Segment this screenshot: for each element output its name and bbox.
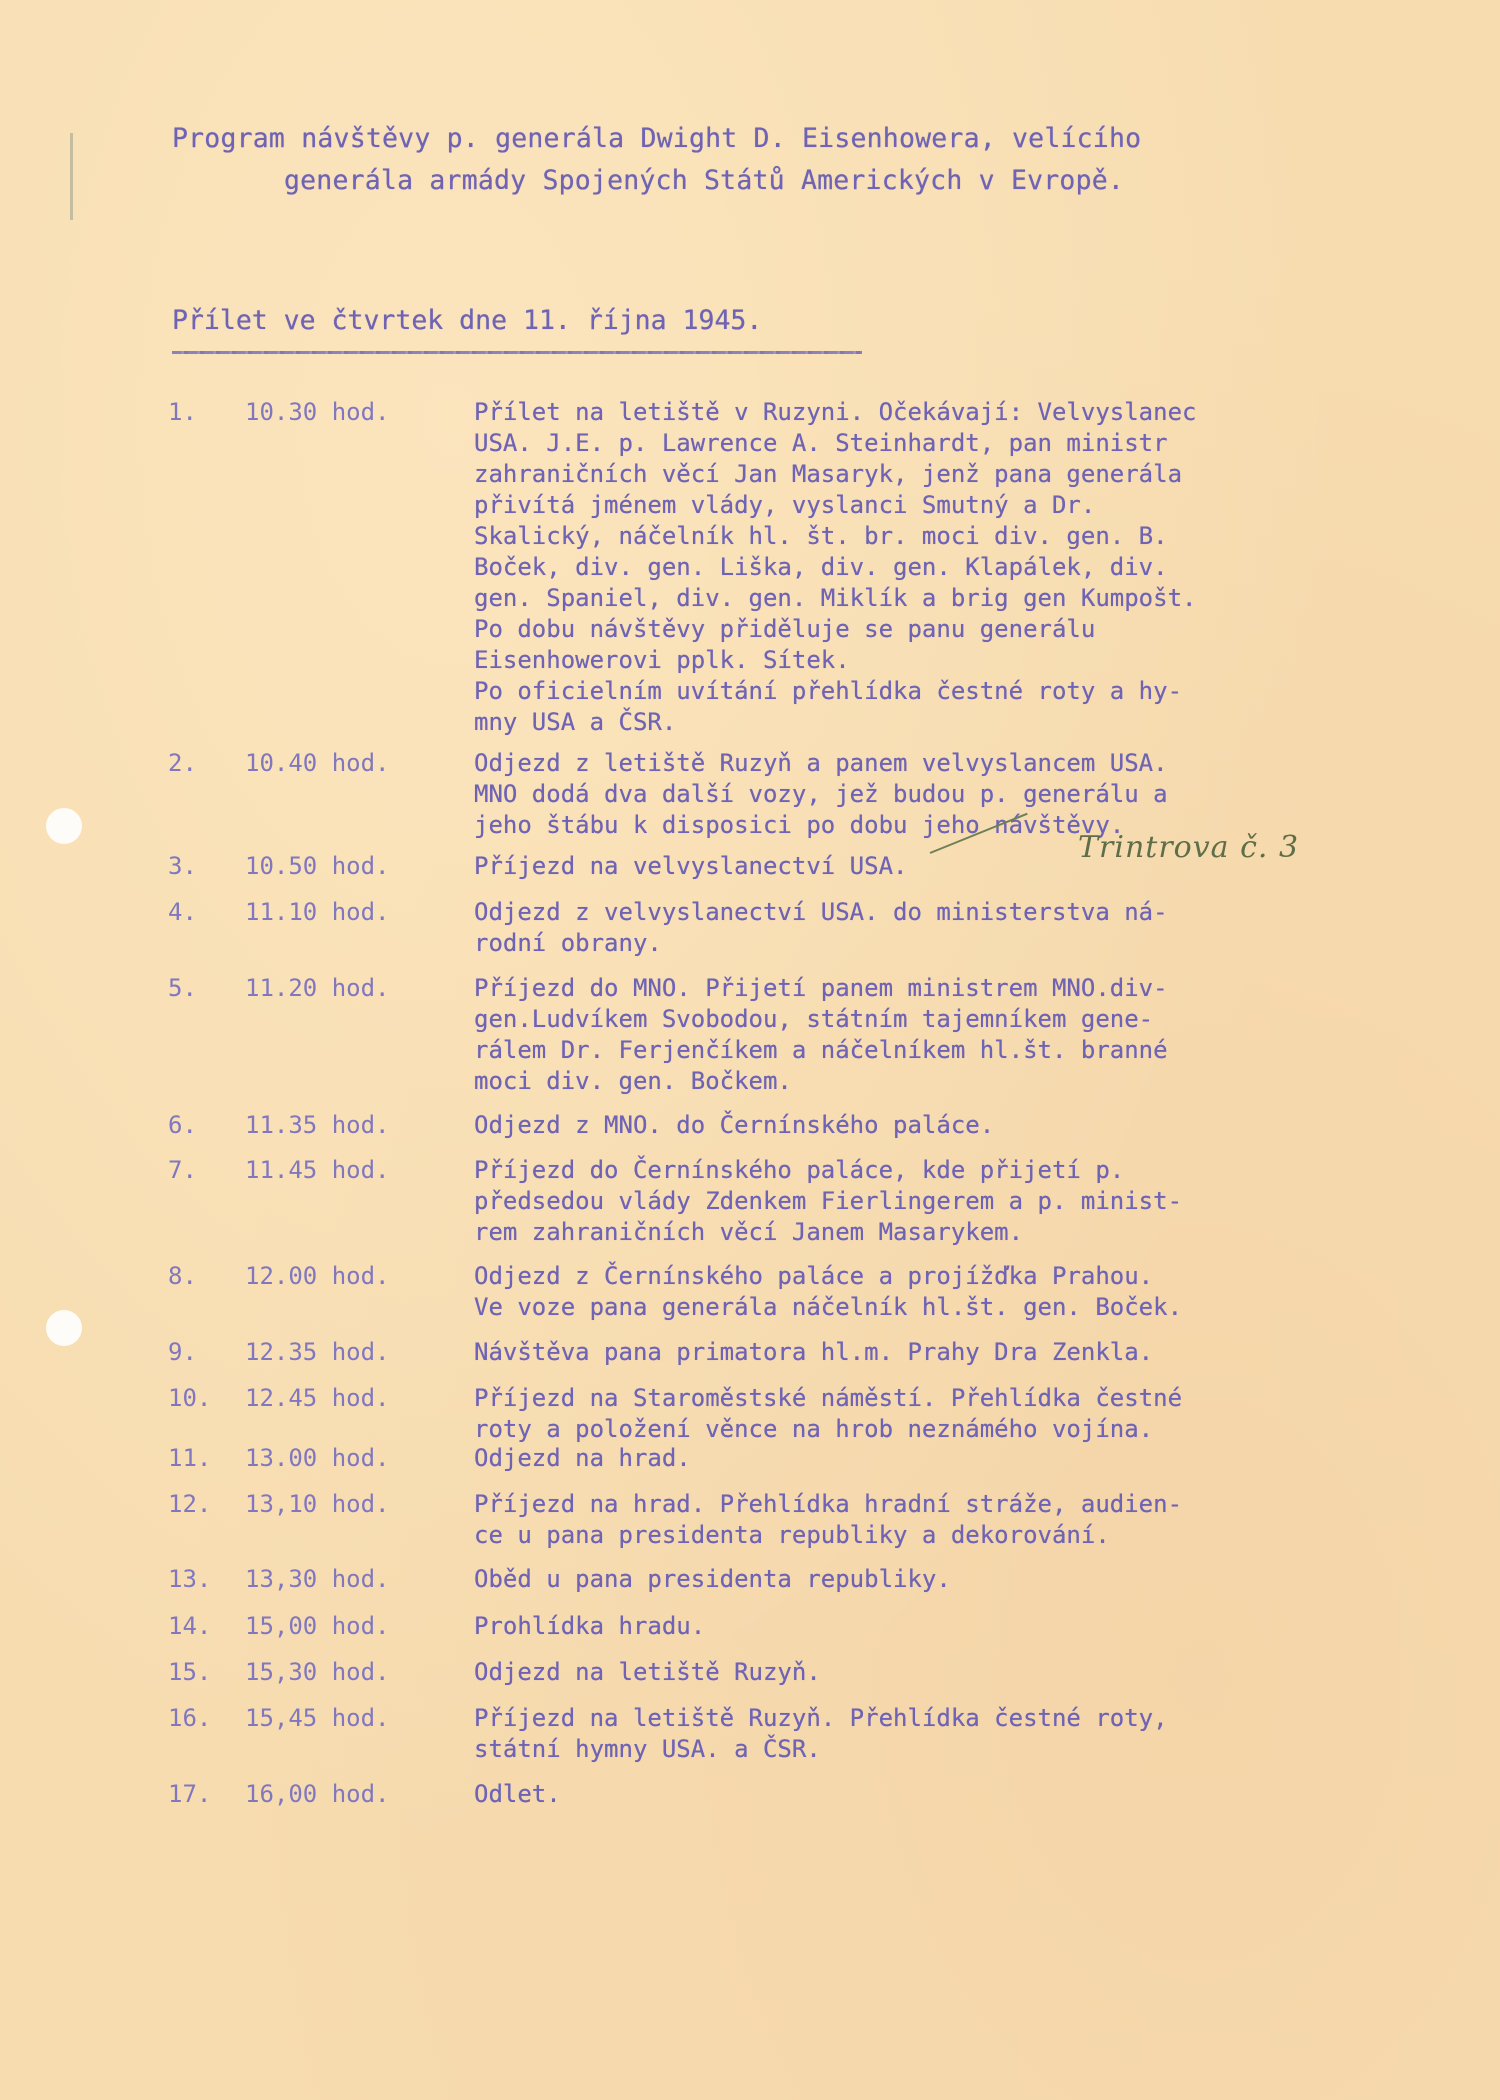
item-number: 9. xyxy=(168,1337,228,1368)
title-line-2: generála armády Spojených Států Americký… xyxy=(172,160,1372,202)
item-description: Příjezd na hrad. Přehlídka hradní stráže… xyxy=(474,1489,1414,1551)
item-time: 10.50 hod. xyxy=(245,851,455,882)
item-description: Příjezd do MNO. Přijetí panem ministrem … xyxy=(474,973,1414,1097)
item-time: 15,30 hod. xyxy=(245,1657,455,1688)
item-number: 10. xyxy=(168,1383,228,1414)
item-description: Příjezd na letiště Ruzyň. Přehlídka čest… xyxy=(474,1703,1414,1765)
heading-underline xyxy=(172,351,862,354)
item-time: 15,45 hod. xyxy=(245,1703,455,1734)
item-time: 15,00 hod. xyxy=(245,1611,455,1642)
item-number: 2. xyxy=(168,748,228,779)
item-time: 10.30 hod. xyxy=(245,397,455,428)
title-line-1: Program návštěvy p. generála Dwight D. E… xyxy=(172,123,1141,154)
item-description: Odjezd z Černínského paláce a projížďka … xyxy=(474,1261,1414,1323)
item-description: Odjezd na hrad. xyxy=(474,1443,1414,1474)
margin-mark xyxy=(70,133,73,220)
item-number: 12. xyxy=(168,1489,228,1520)
item-time: 11.45 hod. xyxy=(245,1155,455,1186)
item-description: Návštěva pana primatora hl.m. Prahy Dra … xyxy=(474,1337,1414,1368)
item-time: 11.20 hod. xyxy=(245,973,455,1004)
item-number: 11. xyxy=(168,1443,228,1474)
document-page: Program návštěvy p. generála Dwight D. E… xyxy=(0,0,1500,2100)
item-time: 16,00 hod. xyxy=(245,1779,455,1810)
item-number: 5. xyxy=(168,973,228,1004)
punch-hole xyxy=(46,1310,82,1346)
item-time: 11.10 hod. xyxy=(245,897,455,928)
item-number: 3. xyxy=(168,851,228,882)
item-number: 6. xyxy=(168,1110,228,1141)
item-description: Příjezd do Černínského paláce, kde přije… xyxy=(474,1155,1414,1248)
item-number: 15. xyxy=(168,1657,228,1688)
item-time: 11.35 hod. xyxy=(245,1110,455,1141)
item-description: Oběd u pana presidenta republiky. xyxy=(474,1564,1414,1595)
item-description: Prohlídka hradu. xyxy=(474,1611,1414,1642)
item-description: Odjezd z MNO. do Černínského paláce. xyxy=(474,1110,1414,1141)
handwritten-note: Trintrova č. 3 xyxy=(1078,830,1299,865)
item-number: 16. xyxy=(168,1703,228,1734)
item-description: Přílet na letiště v Ruzyni. Očekávají: V… xyxy=(474,397,1414,738)
item-description: Příjezd na Staroměstské náměstí. Přehlíd… xyxy=(474,1383,1414,1445)
item-number: 14. xyxy=(168,1611,228,1642)
item-number: 13. xyxy=(168,1564,228,1595)
item-time: 12.45 hod. xyxy=(245,1383,455,1414)
arrival-date-heading: Přílet ve čtvrtek dne 11. října 1945. xyxy=(172,303,762,339)
item-description: Odlet. xyxy=(474,1779,1414,1810)
item-time: 12.00 hod. xyxy=(245,1261,455,1292)
item-number: 7. xyxy=(168,1155,228,1186)
item-time: 12.35 hod. xyxy=(245,1337,455,1368)
item-number: 8. xyxy=(168,1261,228,1292)
item-description: Odjezd na letiště Ruzyň. xyxy=(474,1657,1414,1688)
item-description: Odjezd z letiště Ruzyň a panem velvyslan… xyxy=(474,748,1414,841)
item-description: Odjezd z velvyslanectví USA. do minister… xyxy=(474,897,1414,959)
item-number: 17. xyxy=(168,1779,228,1810)
punch-hole xyxy=(46,808,82,844)
item-time: 13,10 hod. xyxy=(245,1489,455,1520)
item-time: 13.00 hod. xyxy=(245,1443,455,1474)
document-title: Program návštěvy p. generála Dwight D. E… xyxy=(172,118,1372,202)
item-number: 4. xyxy=(168,897,228,928)
item-time: 10.40 hod. xyxy=(245,748,455,779)
item-number: 1. xyxy=(168,397,228,428)
item-time: 13,30 hod. xyxy=(245,1564,455,1595)
